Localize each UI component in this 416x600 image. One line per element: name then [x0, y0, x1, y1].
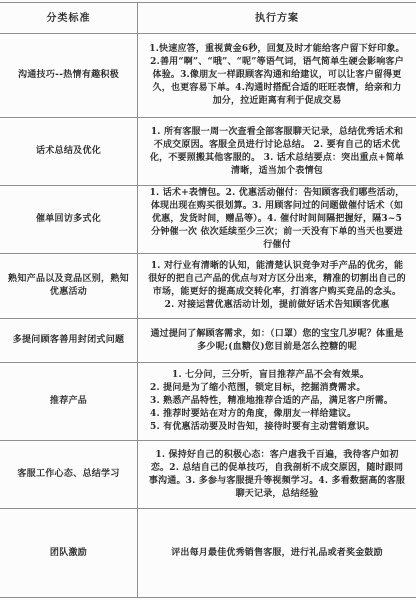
category-cell: 催单回访多式化 — [0, 186, 138, 253]
table-row: 客服工作心态、总结学习 1. 保持好自己的积极心态：客户虐我千百遍，我待客户如初… — [0, 441, 416, 509]
table-row: 多提问顾客善用封闭式问题 通过提问了解顾客需求，如：（口罩）您的宝宝几岁呢？体重… — [0, 319, 416, 363]
table-row: 沟通技巧--热情有趣积极 1.快速应答，重视黄金6秒，回复及时才能给客户留下好印… — [0, 34, 416, 118]
category-cell: 沟通技巧--热情有趣积极 — [0, 34, 138, 117]
category-cell: 话术总结及优化 — [0, 118, 138, 185]
table-header-row: 分类标准 执行方案 — [0, 3, 416, 34]
plan-column-header: 执行方案 — [138, 3, 416, 33]
plan-cell: 1. 七分问，三分听，盲目推荐产品不会有效果。 2. 提问是为了缩小范围，锁定目… — [138, 363, 416, 440]
category-cell: 客服工作心态、总结学习 — [0, 441, 138, 508]
plan-cell: 1.快速应答，重视黄金6秒，回复及时才能给客户留下好印象。2.善用“啊”、“哦”… — [138, 34, 416, 117]
plan-cell: 评出每月最佳优秀销售客服，进行礼品或者奖金鼓励 — [138, 509, 416, 597]
plan-line: 4. 推荐时要站在对方的角度，像朋友一样给建议。 — [150, 408, 356, 421]
plan-line: 5. 有优惠活动要及时告知，接待时要有主动营销意识。 — [150, 421, 375, 434]
category-column-header: 分类标准 — [0, 3, 138, 33]
plan-cell: 1. 话术+表情包。2. 优惠活动催付：告知顾客我们哪些活动，体现出现在购买很划… — [138, 186, 416, 253]
plan-line: 3. 熟悉产品特性，精准地推荐合适的产品，满足客户所需。 — [150, 395, 393, 408]
table-row: 熟知产品以及竞品区别，熟知优惠活动 1. 对行业有清晰的认知，能清楚认识竞争对手… — [0, 254, 416, 319]
category-cell: 熟知产品以及竞品区别，熟知优惠活动 — [0, 254, 138, 318]
category-cell: 团队激励 — [0, 509, 138, 597]
category-cell: 多提问顾客善用封闭式问题 — [0, 319, 138, 362]
classification-plan-table: 分类标准 执行方案 沟通技巧--热情有趣积极 1.快速应答，重视黄金6秒，回复及… — [0, 2, 416, 598]
plan-line: 2. 提问是为了缩小范围，锁定目标，挖掘消费需求。 — [150, 382, 366, 395]
table-row: 推荐产品 1. 七分问，三分听，盲目推荐产品不会有效果。 2. 提问是为了缩小范… — [0, 363, 416, 441]
table-row: 催单回访多式化 1. 话术+表情包。2. 优惠活动催付：告知顾客我们哪些活动，体… — [0, 186, 416, 254]
plan-cell: 通过提问了解顾客需求，如：（口罩）您的宝宝几岁呢？体重是多少呢;(血糖仪)您目前… — [138, 319, 416, 362]
plan-cell: 1. 保持好自己的积极心态：客户虐我千百遍，我待客户如初恋。2. 总结自己的促单… — [138, 441, 416, 508]
plan-cell: 1. 所有客服一周一次查看全部客服聊天记录，总结优秀话术和不成交原因。客服全员进… — [138, 118, 416, 185]
plan-cell: 1. 对行业有清晰的认知，能清楚认识竞争对手产品的优劣，能很好的把自己产品的优点… — [138, 254, 416, 318]
category-cell: 推荐产品 — [0, 363, 138, 440]
plan-line: 1. 七分问，三分听，盲目推荐产品不会有效果。 — [150, 369, 369, 382]
table-row: 团队激励 评出每月最佳优秀销售客服，进行礼品或者奖金鼓励 — [0, 509, 416, 598]
table-row: 话术总结及优化 1. 所有客服一周一次查看全部客服聊天记录，总结优秀话术和不成交… — [0, 118, 416, 186]
